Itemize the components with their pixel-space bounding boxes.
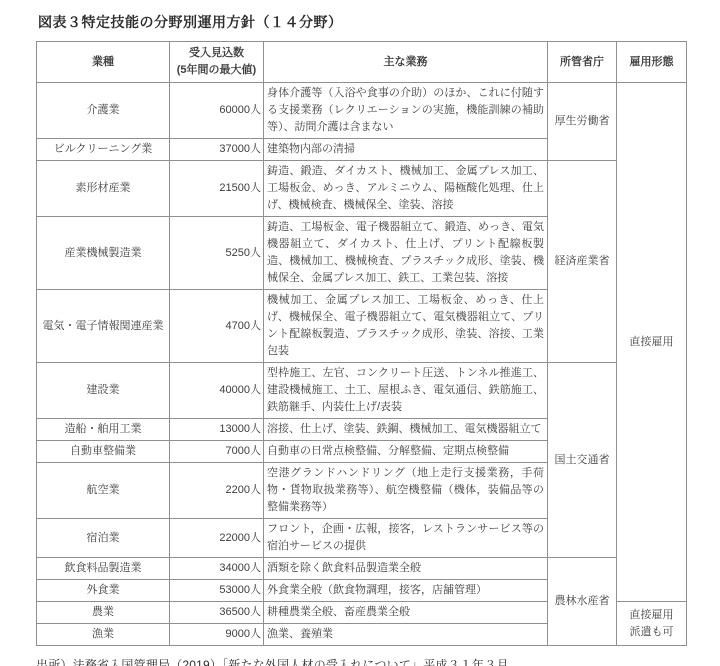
header-ministry: 所管省庁 — [548, 42, 617, 83]
quota-cell: 34000人 — [170, 558, 264, 580]
header-duties: 主な業務 — [264, 42, 548, 83]
document-page: 図表３特定技能の分野別運用方針（１４分野） 業種 受入見込数 (5年間の最大値)… — [0, 0, 720, 666]
industry-cell: 素形材産業 — [37, 161, 170, 217]
quota-cell: 5250人 — [170, 217, 264, 290]
ministry-cell-mlit: 国土交通省 — [548, 363, 617, 558]
duties-cell: 酒類を除く飲食料品製造業全般 — [264, 558, 548, 580]
duties-cell: 外食業全般（飲食物調理，接客，店舗管理） — [264, 580, 548, 602]
duties-cell: 建築物内部の清掃 — [264, 139, 548, 161]
quota-cell: 60000人 — [170, 83, 264, 139]
industry-cell: 造船・舶用工業 — [37, 419, 170, 441]
duties-cell: 鋳造、工場板金、電子機器組立て、鍛造、めっき、電気機器組立て、ダイカスト、仕上げ… — [264, 217, 548, 290]
duties-cell: 溶接、仕上げ、塗装、鉄鋼、機械加工、電気機器組立て — [264, 419, 548, 441]
quota-cell: 9000人 — [170, 624, 264, 646]
duties-cell: 空港グランドハンドリング（地上走行支援業務，手荷物・貨物取扱業務等）、航空機整備… — [264, 463, 548, 519]
quota-cell: 2200人 — [170, 463, 264, 519]
industry-cell: ビルクリーニング業 — [37, 139, 170, 161]
quota-cell: 40000人 — [170, 363, 264, 419]
duties-cell: 耕種農業全般、畜産農業全般 — [264, 602, 548, 624]
duties-cell: 型枠施工、左官、コンクリート圧送、トンネル推進工、建設機械施工、土工、屋根ふき、… — [264, 363, 548, 419]
duties-cell: フロント，企画・広報，接客，レストランサービス等の宿泊サービスの提供 — [264, 519, 548, 558]
source-note: 出所）法務省入国管理局（2019）「新たな外国人材の受入れについて」平成３１年３… — [36, 656, 690, 666]
duties-cell: 鋳造、鍛造、ダイカスト、機械加工、金属プレス加工、工場板金、めっき、アルミニウム… — [264, 161, 548, 217]
specified-skills-table: 業種 受入見込数 (5年間の最大値) 主な業務 所管省庁 雇用形態 介護業 60… — [36, 41, 687, 646]
duties-cell: 漁業、養殖業 — [264, 624, 548, 646]
industry-cell: 自動車整備業 — [37, 441, 170, 463]
ministry-cell-maff: 農林水産省 — [548, 558, 617, 646]
ministry-cell-mhlw: 厚生労働省 — [548, 83, 617, 161]
figure-title: 図表３特定技能の分野別運用方針（１４分野） — [38, 12, 690, 32]
employment-cell-direct: 直接雇用 — [617, 83, 687, 602]
header-quota: 受入見込数 (5年間の最大値) — [170, 42, 264, 83]
quota-cell: 13000人 — [170, 419, 264, 441]
industry-cell: 農業 — [37, 602, 170, 624]
header-employment: 雇用形態 — [617, 42, 687, 83]
employment-cell-direct-dispatch: 直接雇用 派遣も可 — [617, 602, 687, 646]
header-row: 業種 受入見込数 (5年間の最大値) 主な業務 所管省庁 雇用形態 — [37, 42, 687, 83]
table-header: 業種 受入見込数 (5年間の最大値) 主な業務 所管省庁 雇用形態 — [37, 42, 687, 83]
duties-cell: 自動車の日常点検整備、分解整備、定期点検整備 — [264, 441, 548, 463]
quota-cell: 4700人 — [170, 290, 264, 363]
industry-cell: 介護業 — [37, 83, 170, 139]
quota-cell: 36500人 — [170, 602, 264, 624]
industry-cell: 建設業 — [37, 363, 170, 419]
table-row: 素形材産業 21500人 鋳造、鍛造、ダイカスト、機械加工、金属プレス加工、工場… — [37, 161, 687, 217]
industry-cell: 航空業 — [37, 463, 170, 519]
ministry-cell-meti: 経済産業省 — [548, 161, 617, 363]
quota-cell: 53000人 — [170, 580, 264, 602]
quota-cell: 7000人 — [170, 441, 264, 463]
table-row: 飲食料品製造業 34000人 酒類を除く飲食料品製造業全般 農林水産省 — [37, 558, 687, 580]
table-row: 建設業 40000人 型枠施工、左官、コンクリート圧送、トンネル推進工、建設機械… — [37, 363, 687, 419]
quota-cell: 22000人 — [170, 519, 264, 558]
industry-cell: 飲食料品製造業 — [37, 558, 170, 580]
quota-cell: 21500人 — [170, 161, 264, 217]
duties-cell: 機械加工、金属プレス加工、工場板金、めっき、仕上げ、機械保全、電子機器組立て、電… — [264, 290, 548, 363]
industry-cell: 宿泊業 — [37, 519, 170, 558]
industry-cell: 電気・電子情報関連産業 — [37, 290, 170, 363]
header-industry: 業種 — [37, 42, 170, 83]
industry-cell: 産業機械製造業 — [37, 217, 170, 290]
duties-cell: 身体介護等（入浴や食事の介助）のほか、これに付随する支援業務（レクリエーションの… — [264, 83, 548, 139]
table-row: 介護業 60000人 身体介護等（入浴や食事の介助）のほか、これに付随する支援業… — [37, 83, 687, 139]
quota-cell: 37000人 — [170, 139, 264, 161]
industry-cell: 漁業 — [37, 624, 170, 646]
industry-cell: 外食業 — [37, 580, 170, 602]
